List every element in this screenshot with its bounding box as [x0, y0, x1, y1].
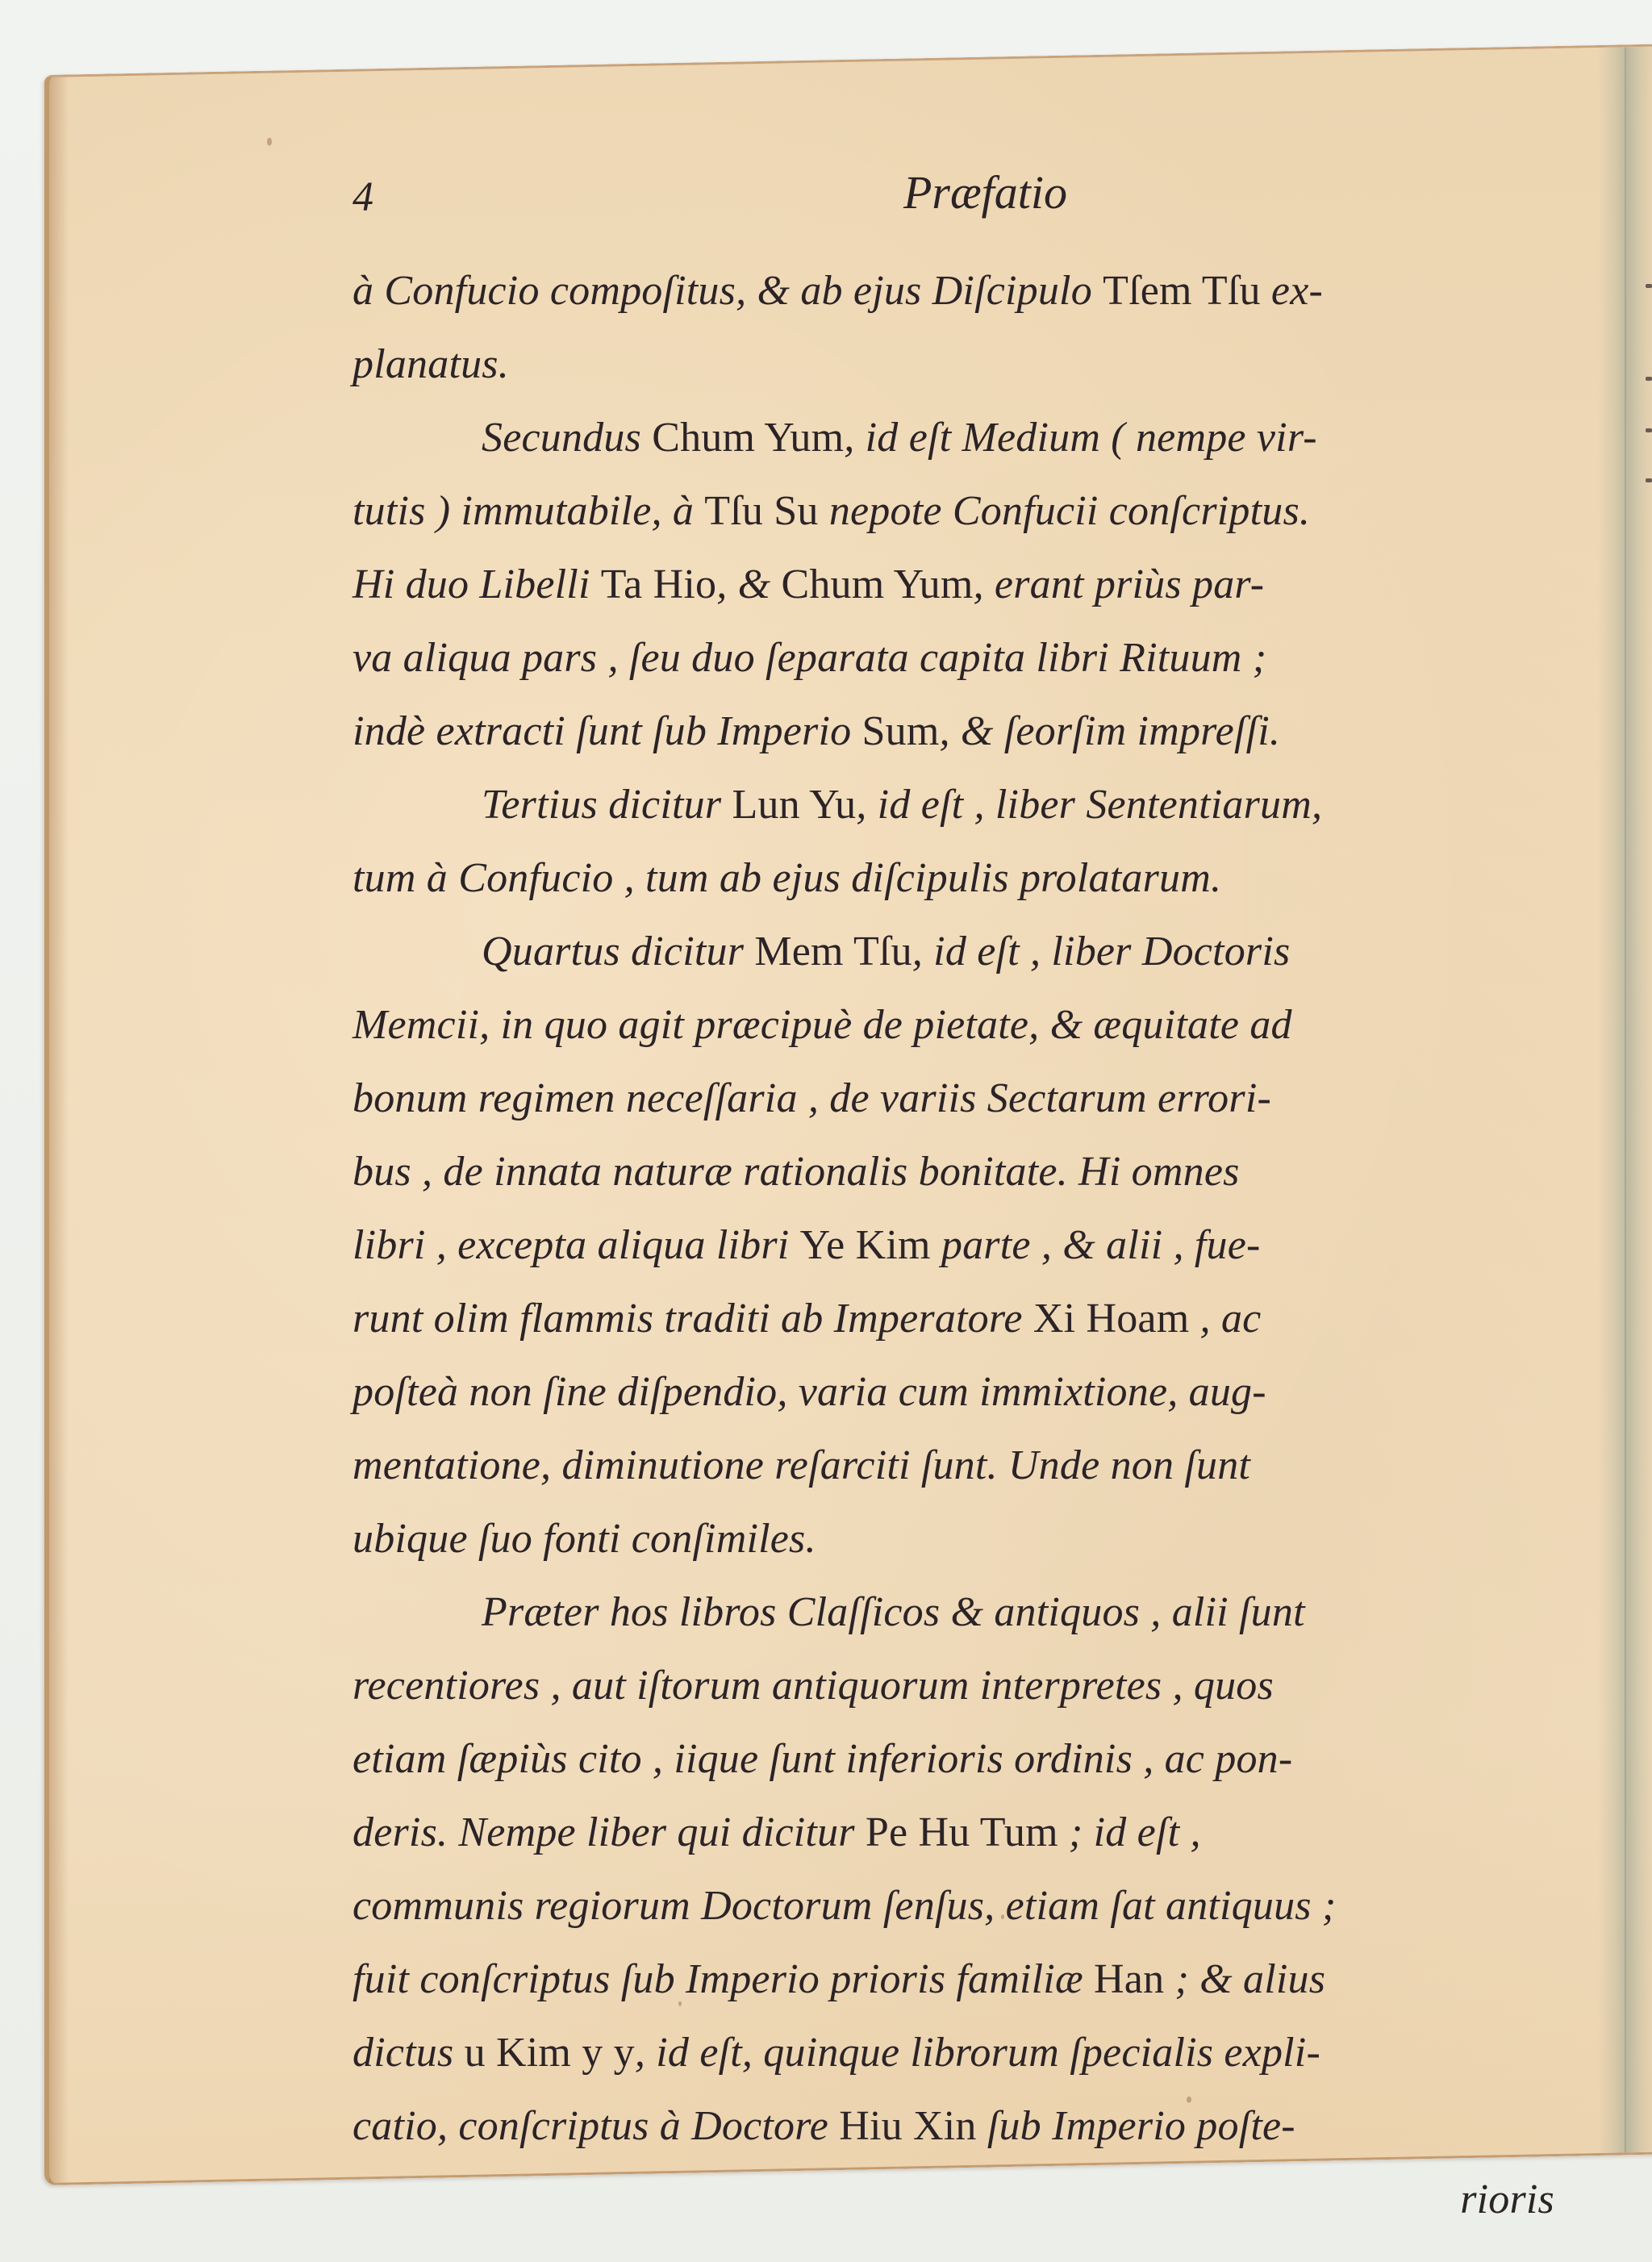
text-line: Præter hos libros Claſſicos & antiquos ,…	[353, 1575, 1562, 1649]
italic-text: communis regiorum Doctorum ſenſus, etiam…	[353, 1883, 1336, 1929]
text-line: dictus u Kim y y, id eſt, quinque libror…	[353, 2016, 1562, 2089]
italic-text: bus , de innata naturæ rationalis bonita…	[353, 1149, 1240, 1195]
paper-speck	[267, 138, 272, 146]
text-line: bus , de innata naturæ rationalis bonita…	[353, 1135, 1562, 1208]
italic-text: , id eſt , liber Sententiarum,	[856, 782, 1322, 828]
italic-text: ex-	[1271, 268, 1323, 314]
body-text: à Confucio compoſitus, & ab ejus Diſcipu…	[353, 254, 1562, 2163]
page-fore-edge	[49, 77, 69, 2182]
text-line: Quartus dicitur Mem Tſu, id eſt , liber …	[353, 915, 1562, 988]
text-line: planatus.	[353, 328, 1562, 401]
italic-text: libri , excepta aliqua libri	[353, 1222, 800, 1268]
italic-text: Secundus	[482, 415, 652, 461]
italic-text: , erant priùs par-	[974, 561, 1265, 607]
italic-text: indè extracti ſunt ſub Imperio	[353, 708, 862, 754]
italic-text: ſub Imperio poſte-	[987, 2103, 1295, 2149]
italic-text: ubique ſuo fonti conſimiles.	[353, 1516, 816, 1562]
text-line: tutis ) immutabile, à Tſu Su nepote Conf…	[353, 474, 1562, 548]
roman-proper-noun: Xi Hoam	[1033, 1296, 1189, 1342]
italic-text: Hi duo Libelli	[353, 561, 601, 607]
italic-text: ; id eſt ,	[1058, 1809, 1201, 1855]
text-line: runt olim flammis traditi ab Imperatore …	[353, 1282, 1562, 1355]
text-line: deris. Nempe liber qui dicitur Pe Hu Tum…	[353, 1796, 1562, 1869]
italic-text: planatus.	[353, 341, 509, 387]
gutter-fold-line	[1625, 47, 1626, 2152]
italic-text: runt olim flammis traditi ab Imperatore	[353, 1296, 1033, 1342]
roman-proper-noun: Han	[1094, 1956, 1164, 2002]
text-line: ubique ſuo fonti conſimiles.	[353, 1502, 1562, 1575]
roman-proper-noun: Chum Yum	[652, 415, 844, 461]
text-line: mentatione, diminutione reſarciti ſunt. …	[353, 1429, 1562, 1502]
italic-text: à Confucio compoſitus, & ab ejus Diſcipu…	[353, 268, 1103, 314]
text-line: va aliqua pars , ſeu duo ſeparata capita…	[353, 621, 1562, 695]
catchword: rioris	[353, 2163, 1562, 2236]
italic-text: fuit conſcriptus ſub Imperio prioris fam…	[353, 1956, 1094, 2002]
italic-text: , & ſeorſim impreſſi.	[940, 708, 1281, 754]
italic-text: , id eſt, quinque librorum ſpecialis exp…	[635, 2030, 1320, 2076]
italic-text: tutis ) immutabile, à	[353, 488, 704, 534]
text-line: Hi duo Libelli Ta Hio, & Chum Yum, erant…	[353, 548, 1562, 621]
text-line: à Confucio compoſitus, & ab ejus Diſcipu…	[353, 254, 1562, 328]
text-line: indè extracti ſunt ſub Imperio Sum, & ſe…	[353, 695, 1562, 768]
italic-text: , id eſt Medium ( nempe vir-	[844, 415, 1317, 461]
roman-proper-noun: Chum Yum	[781, 561, 973, 607]
italic-text: Præter hos libros Claſſicos & antiquos ,…	[482, 1589, 1305, 1635]
italic-text: parte , & alii , fue-	[941, 1222, 1261, 1268]
text-line: Memcii, in quo agit præcipuè de pietate,…	[353, 988, 1562, 1062]
roman-proper-noun: Mem Tſu	[754, 929, 912, 974]
text-line: libri , excepta aliqua libri Ye Kim part…	[353, 1208, 1562, 1282]
italic-text: dictus	[353, 2030, 465, 2076]
italic-text: recentiores , aut iſtorum antiquorum int…	[353, 1663, 1274, 1709]
roman-proper-noun: Sum	[862, 708, 940, 754]
roman-proper-noun: Tſu Su	[704, 488, 829, 534]
roman-proper-noun: Hiu Xin	[839, 2103, 987, 2149]
italic-text: , &	[716, 561, 781, 607]
text-line: Tertius dicitur Lun Yu, id eſt , liber S…	[353, 768, 1562, 841]
italic-text: mentatione, diminutione reſarciti ſunt. …	[353, 1442, 1250, 1488]
page-text-block: 4 Præfatio à Confucio compoſitus, & ab e…	[353, 165, 1562, 2236]
italic-text: etiam ſæpiùs cito , iique ſunt inferiori…	[353, 1736, 1292, 1782]
roman-proper-noun: Lun Yu	[732, 782, 856, 828]
roman-proper-noun: Tſem Tſu	[1103, 268, 1271, 314]
italic-text: catio, conſcriptus à Doctore	[353, 2103, 839, 2149]
text-line: Secundus Chum Yum, id eſt Medium ( nempe…	[353, 401, 1562, 474]
catchword-text: rioris	[1460, 2176, 1554, 2222]
italic-text: bonum regimen neceſſaria , de variis Sec…	[353, 1075, 1271, 1121]
italic-text: Tertius dicitur	[482, 782, 732, 828]
italic-text: Memcii, in quo agit præcipuè de pietate,…	[353, 1002, 1292, 1048]
text-line: poſteà non ſine diſpendio, varia cum imm…	[353, 1355, 1562, 1429]
roman-proper-noun: Ye Kim	[800, 1222, 941, 1268]
italic-text: deris. Nempe liber qui dicitur	[353, 1809, 866, 1855]
text-line: communis regiorum Doctorum ſenſus, etiam…	[353, 1869, 1562, 1943]
italic-text: poſteà non ſine diſpendio, varia cum imm…	[353, 1369, 1266, 1415]
italic-text: , id eſt , liber Doctoris	[912, 929, 1291, 974]
text-line: bonum regimen neceſſaria , de variis Sec…	[353, 1062, 1562, 1135]
italic-text: va aliqua pars , ſeu duo ſeparata capita…	[353, 635, 1266, 681]
text-line: recentiores , aut iſtorum antiquorum int…	[353, 1649, 1562, 1722]
italic-text: ; & alius	[1164, 1956, 1325, 2002]
roman-proper-noun: Pe Hu Tum	[866, 1809, 1058, 1855]
page-number: 4	[353, 173, 373, 221]
italic-text: Quartus dicitur	[482, 929, 754, 974]
page-header: 4 Præfatio	[353, 165, 1562, 254]
text-line: fuit conſcriptus ſub Imperio prioris fam…	[353, 1943, 1562, 2016]
italic-text: tum à Confucio , tum ab ejus diſcipulis …	[353, 855, 1221, 901]
italic-text: , ac	[1189, 1296, 1261, 1342]
italic-text: nepote Confucii conſcriptus.	[829, 488, 1310, 534]
text-line: catio, conſcriptus à Doctore Hiu Xin ſub…	[353, 2089, 1562, 2163]
text-line: tum à Confucio , tum ab ejus diſcipulis …	[353, 841, 1562, 915]
roman-proper-noun: u Kim y y	[465, 2030, 635, 2076]
text-line: etiam ſæpiùs cito , iique ſunt inferiori…	[353, 1722, 1562, 1796]
roman-proper-noun: Ta Hio	[601, 561, 716, 607]
running-head: Præfatio	[903, 165, 1067, 219]
